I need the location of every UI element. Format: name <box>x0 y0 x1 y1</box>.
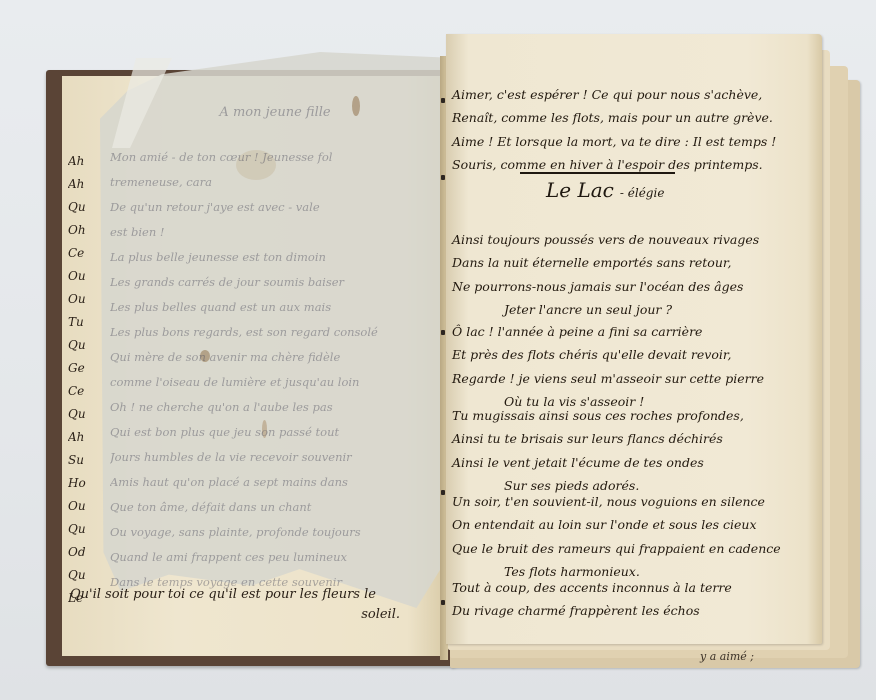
binding-stitch <box>441 330 445 335</box>
closing-line-2: soleil. <box>70 605 440 625</box>
poem-stanza-2: Ô lac ! l'année à peine a fini sa carriè… <box>452 320 812 413</box>
poem-stanza-5: Tout à coup, des accents inconnus à la t… <box>452 576 812 623</box>
title-rule <box>520 172 675 174</box>
poem-stanza-4: Un soir, t'en souvient-il, nous voguions… <box>452 490 812 583</box>
binding-stitch <box>441 175 445 180</box>
tissue-handwriting: A mon jeune fille Mon amié - de ton cœur… <box>110 100 440 595</box>
underlying-page-fragment: y a aimé ; <box>700 650 754 663</box>
opening-stanza: Aimer, c'est espérer ! Ce qui pour nous … <box>452 83 812 176</box>
poem-title: Le Lac- élégie <box>546 178 746 202</box>
poem-subtitle: - élégie <box>620 186 665 200</box>
refrain: Jeter l'ancre un seul jour ? <box>452 298 812 321</box>
closing-line: Qu'il soit pour toi ce qu'il est pour le… <box>70 587 376 602</box>
poem-stanza-3: Tu mugissais ainsi sous ces roches profo… <box>452 404 812 497</box>
binding-stitch <box>441 490 445 495</box>
tissue-title: A mon jeune fille <box>110 100 440 125</box>
poem-stanza-1: Ainsi toujours poussés vers de nouveaux … <box>452 228 812 321</box>
binding-stitch <box>441 98 445 103</box>
binding-stitch <box>441 600 445 605</box>
left-page-closing-lines: Qu'il soit pour toi ce qu'il est pour le… <box>70 585 440 625</box>
